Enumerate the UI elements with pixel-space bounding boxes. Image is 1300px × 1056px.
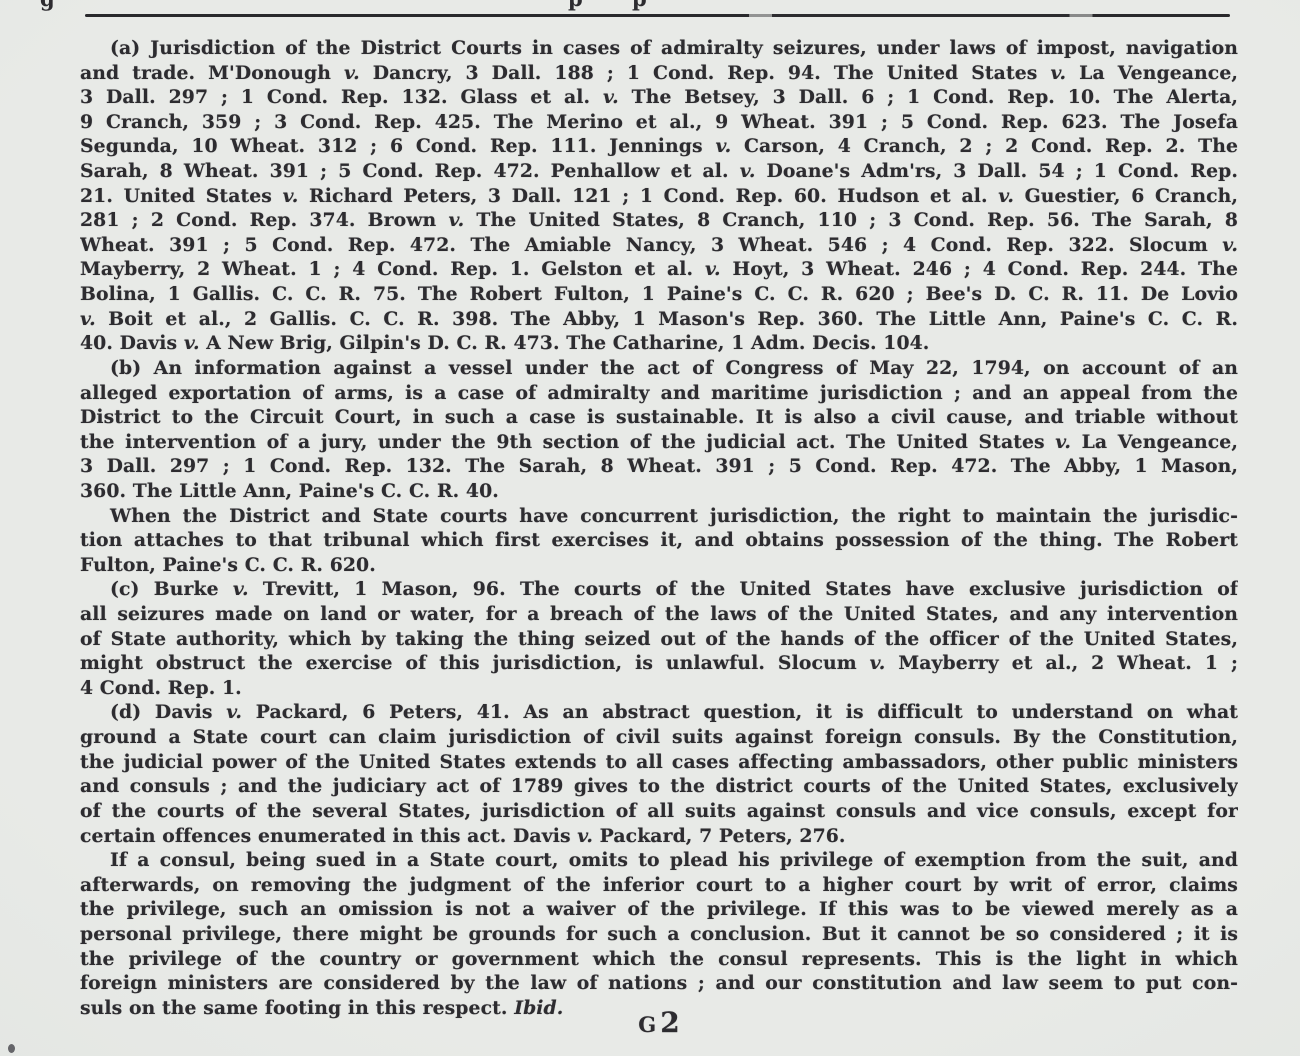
text-line: the judicial power of the United States …	[80, 750, 1238, 775]
footnote-c: (c) Burke v. Trevitt, 1 Mason, 96. The c…	[80, 577, 1238, 700]
footnote-d: (d) Davis v. Packard, 6 Peters, 41. As a…	[80, 700, 1238, 848]
signature-mark: G2	[80, 1006, 1238, 1039]
text-line: 3 Dall. 297 ; 1 Cond. Rep. 132. The Sara…	[80, 454, 1238, 479]
text-line: the privilege, such an omission is not a…	[80, 897, 1238, 922]
text-line: ground a State court can claim jurisdict…	[80, 725, 1238, 750]
footnote-a: (a) Jurisdiction of the District Courts …	[80, 36, 1238, 356]
text-line: personal privilege, there might be groun…	[80, 922, 1238, 947]
text-line: Segunda, 10 Wheat. 312 ; 6 Cond. Rep. 11…	[80, 134, 1238, 159]
text-line: alleged exportation of arms, is a case o…	[80, 381, 1238, 406]
text-line: 40. Davis v. A New Brig, Gilpin's D. C. …	[80, 331, 1238, 356]
text-line: might obstruct the exercise of this juri…	[80, 651, 1238, 676]
text-line: of State authority, which by taking the …	[80, 627, 1238, 652]
signature-letter: G	[638, 1012, 660, 1037]
headline-fragment-glyph: g	[40, 0, 55, 11]
text-line: 360. The Little Ann, Paine's C. C. R. 40…	[80, 479, 1238, 504]
text-line: Sarah, 8 Wheat. 391 ; 5 Cond. Rep. 472. …	[80, 159, 1238, 184]
signature-number: 2	[660, 1006, 679, 1039]
text-line: (c) Burke v. Trevitt, 1 Mason, 96. The c…	[80, 577, 1238, 602]
text-line: foreign ministers are considered by the …	[80, 971, 1238, 996]
text-line: and consuls ; and the judiciary act of 1…	[80, 774, 1238, 799]
horizontal-rule	[85, 14, 1230, 17]
text-line: Bolina, 1 Gallis. C. C. R. 75. The Rober…	[80, 282, 1238, 307]
text-line: afterwards, on removing the judgment of …	[80, 873, 1238, 898]
text-block: (a) Jurisdiction of the District Courts …	[80, 36, 1238, 1020]
text-line: Fulton, Paine's C. C. R. 620.	[80, 553, 1238, 578]
scan-speck	[8, 1044, 15, 1053]
text-line: 21. United States v. Richard Peters, 3 D…	[80, 184, 1238, 209]
text-line: Mayberry, 2 Wheat. 1 ; 4 Cond. Rep. 1. G…	[80, 257, 1238, 282]
text-line: District to the Circuit Court, in such a…	[80, 405, 1238, 430]
scan-speck	[965, 977, 969, 983]
note-concurrent-jurisdiction: When the District and State courts have …	[80, 504, 1238, 578]
scanned-page: gpp (a) Jurisdiction of the District Cou…	[0, 0, 1300, 1056]
text-line: tion attaches to that tribunal which fir…	[80, 528, 1238, 553]
text-line: If a consul, being sued in a State court…	[80, 848, 1238, 873]
text-line: (a) Jurisdiction of the District Courts …	[80, 36, 1238, 61]
text-line: certain offences enumerated in this act.…	[80, 824, 1238, 849]
text-line: all seizures made on land or water, for …	[80, 602, 1238, 627]
headline-fragment-glyph: p	[632, 0, 647, 11]
text-line: (b) An information against a vessel unde…	[80, 356, 1238, 381]
text-line: 9 Cranch, 359 ; 3 Cond. Rep. 425. The Me…	[80, 110, 1238, 135]
text-line: 3 Dall. 297 ; 1 Cond. Rep. 132. Glass et…	[80, 85, 1238, 110]
text-line: and trade. M'Donough v. Dancry, 3 Dall. …	[80, 61, 1238, 86]
text-line: 281 ; 2 Cond. Rep. 374. Brown v. The Uni…	[80, 208, 1238, 233]
text-line: the privilege of the country or governme…	[80, 947, 1238, 972]
text-line: of the courts of the several States, jur…	[80, 799, 1238, 824]
cropped-headline-fragments: gpp	[0, 0, 1300, 12]
text-line: When the District and State courts have …	[80, 504, 1238, 529]
text-line: Wheat. 391 ; 5 Cond. Rep. 472. The Amiab…	[80, 233, 1238, 258]
text-line: 4 Cond. Rep. 1.	[80, 676, 1238, 701]
footnote-b: (b) An information against a vessel unde…	[80, 356, 1238, 504]
headline-fragment-glyph: p	[568, 0, 583, 11]
text-line: v. Boit et al., 2 Gallis. C. C. R. 398. …	[80, 307, 1238, 332]
text-line: the intervention of a jury, under the 9t…	[80, 430, 1238, 455]
text-line: (d) Davis v. Packard, 6 Peters, 41. As a…	[80, 700, 1238, 725]
note-consul-privilege: If a consul, being sued in a State court…	[80, 848, 1238, 1020]
